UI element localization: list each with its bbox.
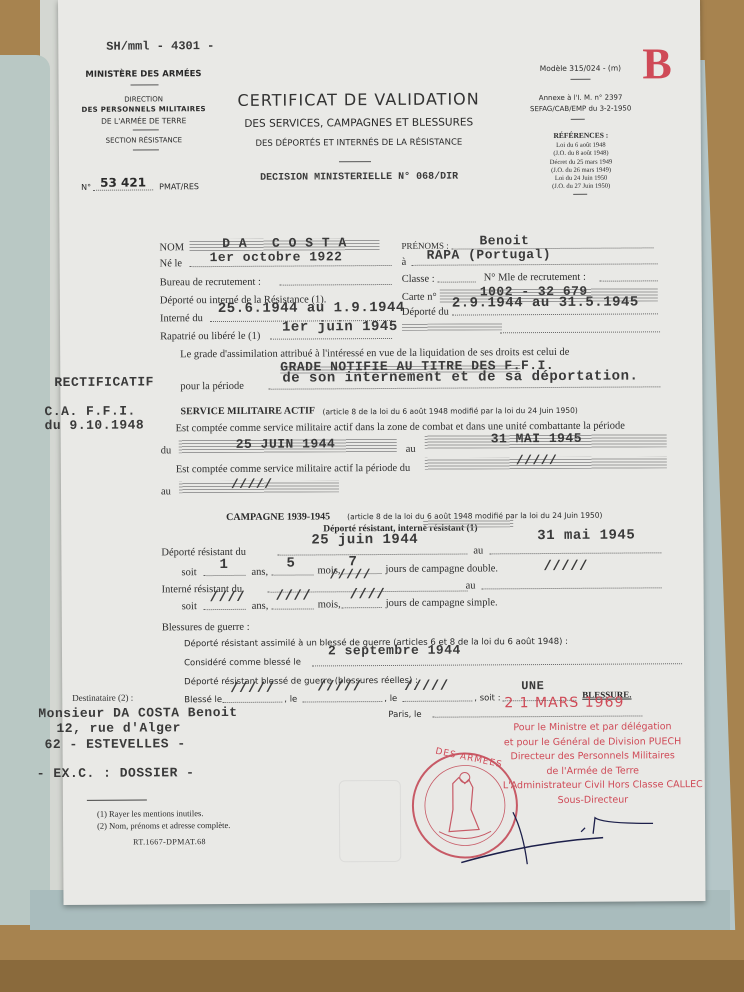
rectificatif-note: RECTIFICATIF [54,374,154,390]
double-mois-line [272,574,314,575]
number-label: N° [81,183,91,192]
a-line [412,263,658,266]
date-stamp: 2 1 MARS 1969 [504,695,624,712]
considere-value: 2 septembre 1944 [328,643,461,659]
grade-period-label: pour la période [180,381,244,392]
references-title: RÉFÉRENCES : [521,130,641,140]
deporte-to-line [489,552,661,554]
a-label: à [402,257,407,268]
signature-line: et pour le Général de Division PUECH [463,734,723,750]
direction-army: DE L'ARMÉE DE TERRE [59,116,229,126]
nom-label: NOM [159,242,184,253]
double-extra-value: ///// [543,559,588,575]
double-ans-line [204,575,246,576]
struck-line [500,331,660,333]
document-subtitle-1: DES SERVICES, CAMPAGNES ET BLESSURES [209,116,509,130]
blessures-reelles: Déporté résistant blessé de guerre (bles… [184,676,418,687]
simple-mois-value: //// [276,588,312,604]
jours-simple-label: jours de campagne simple. [386,597,498,609]
number-suffix: PMAT/RES [159,182,199,191]
footnote: (1) Rayer les mentions inutiles. [97,807,230,820]
simple-ans-value: //// [210,590,246,606]
divider [131,84,159,85]
reference-item: (J.O. du 27 Juin 1950) [521,183,641,192]
double-jours-strike: ///// [329,567,371,582]
divider [570,79,590,80]
blesse-label: Blessé le [184,695,222,705]
ca-ffi-date: du 9.10.1948 [45,417,145,433]
paris-date-line [432,715,642,717]
soit-label: soit [181,567,196,578]
prenoms-value: Benoit [479,233,529,248]
soit-label: soit [182,601,197,612]
deporte-resistant-label: Déporté résistant du [161,547,246,559]
simple-mois-line [272,608,314,609]
classe-line [438,281,476,282]
campagne-status-strike [423,519,513,528]
footnote-divider [87,799,147,800]
a-value: RAPA (Portugal) [427,247,552,263]
footnote: (2) Nom, prénoms et adresse complète. [97,819,230,832]
ministry-name: MINISTÈRE DES ARMÉES [58,69,228,80]
bureau-label: Bureau de recrutement : [160,277,261,289]
deporte-to-value: 31 mai 1945 [537,527,635,544]
simple-ans-line [204,609,246,610]
rapatrie-label: Rapatrié ou libéré le (1) [160,331,260,343]
soit-label: , soit : [474,693,500,703]
copy-note: - EX.C. : DOSSIER - [37,765,195,781]
double-ans-value: 1 [219,557,228,573]
interne-to-line [482,587,662,589]
rapatrie-value: 1er juin 1945 [282,319,398,336]
simple-jours-value: //// [350,587,386,603]
deporte-from-line [277,554,467,556]
considere-label: Considéré comme blessé le [184,658,301,669]
model-number: Modèle 315/024 - (m) [520,63,640,73]
bureau-line [280,284,392,286]
service-au-value: 31 MAI 1945 [491,431,582,447]
deporte-au-label: au [473,545,483,556]
service-au2-value: ///// [231,477,273,492]
interne-value: 25.6.1944 au 1.9.1944 [218,300,405,317]
le-label: , le [284,695,297,705]
service-du-value: 25 JUIN 1944 [236,436,336,452]
recipient-name: Monsieur DA COSTA Benoit [38,705,237,721]
service-title: SERVICE MILITAIRE ACTIF [180,405,315,417]
ans-label: ans, [251,567,268,578]
ministerial-decision: DECISION MINISTERIELLE N° 068/DIR [209,171,509,184]
service-ref: (article 8 de la loi du 6 août 1948 modi… [322,406,577,417]
destinataire-label: Destinataire (2) : [72,693,133,703]
service-line-2-value: ///// [516,453,558,468]
reference-code: SH/mml - 4301 - [106,39,214,54]
divider [133,149,159,150]
interne-au-label: au [466,580,476,591]
embossed-mark [339,780,401,862]
matricule-label: N° Mle de recrutement : [484,272,586,284]
section-label: SECTION RÉSISTANCE [59,136,229,145]
paris-label: Paris, le [388,710,421,720]
divider [133,129,159,130]
blesse-count-value: UNE [521,679,544,693]
grade-line [268,386,660,389]
struck-text [402,323,502,331]
deporte-du-line [452,313,658,315]
divider [339,161,371,162]
interne-label: Interné du [160,313,203,324]
document-subtitle-2: DES DÉPORTÉS ET INTERNÉS DE LA RÉSISTANC… [209,137,509,149]
blesse-line-2 [302,701,382,702]
le-label: , le [384,694,397,704]
document-title: CERTIFICAT DE VALIDATION [209,89,509,110]
considere-line [312,663,682,666]
service-line-2: Est comptée comme service militaire acti… [176,463,410,475]
blesse-value-1: ///// [230,681,275,697]
letter-b-stamp: B [642,38,672,89]
carte-label: Carte n° [402,292,437,303]
direction-personnel: DES PERSONNELS MILITAIRES [59,105,229,114]
green-folder-sheet [0,55,50,925]
blesse-value-2: ///// [317,679,362,695]
number-value: 53 421 [93,175,153,190]
annex-line-1: Annexe à l'I. M. n° 2397 [521,93,641,102]
references-list: Loi du 6 août 1948 (J.O. du 8 août 1948)… [521,141,641,192]
service-au2-label: au [161,486,171,497]
divider [571,119,585,120]
matricule-line [600,280,658,281]
deporte-du-value: 2.9.1944 au 31.5.1945 [452,294,639,311]
blesse-line-3 [402,700,472,701]
ne-label: Né le [160,258,183,269]
folder-edge [0,960,744,992]
form-code: RT.1667-DPMAT.68 [133,837,206,846]
deporte-from-value: 25 juin 1944 [311,532,418,549]
annex-line-2: SEFAG/CAB/EMP du 3-2-1950 [521,104,641,113]
mois-label: mois, [318,599,341,610]
handwritten-signature-icon [453,801,673,872]
recipient-street: 12, rue d'Alger [56,720,181,736]
certificate-sheet: B SH/mml - 4301 - MINISTÈRE DES ARMÉES D… [58,0,706,905]
divider [573,194,587,195]
grade-value-2: de son internement et de sa déportation. [282,368,638,386]
blesse-line-1 [222,702,282,703]
signature-line: Pour le Ministre et par délégation [462,720,722,736]
simple-jours-line [342,607,382,608]
deporte-du-label: Déporté du [402,307,449,318]
recipient-city: 62 - ESTEVELLES - [45,736,186,752]
footnotes: (1) Rayer les mentions inutiles. (2) Nom… [97,807,231,832]
direction-label: DIRECTION [59,95,229,104]
double-mois-value: 5 [286,556,295,572]
ne-line [190,265,392,267]
rapatrie-line [270,338,392,340]
ans-label: ans, [252,601,269,612]
classe-label: Classe : [402,274,435,285]
ne-value: 1er octobre 1922 [210,249,343,265]
jours-double-label: jours de campagne double. [385,563,498,575]
service-du-label: du [161,445,172,456]
blessures-title: Blessures de guerre : [162,622,250,634]
campagne-title: CAMPAGNE 1939-1945 [226,511,330,523]
blesse-value-3: ///// [404,679,449,695]
service-au-label: au [406,444,416,455]
